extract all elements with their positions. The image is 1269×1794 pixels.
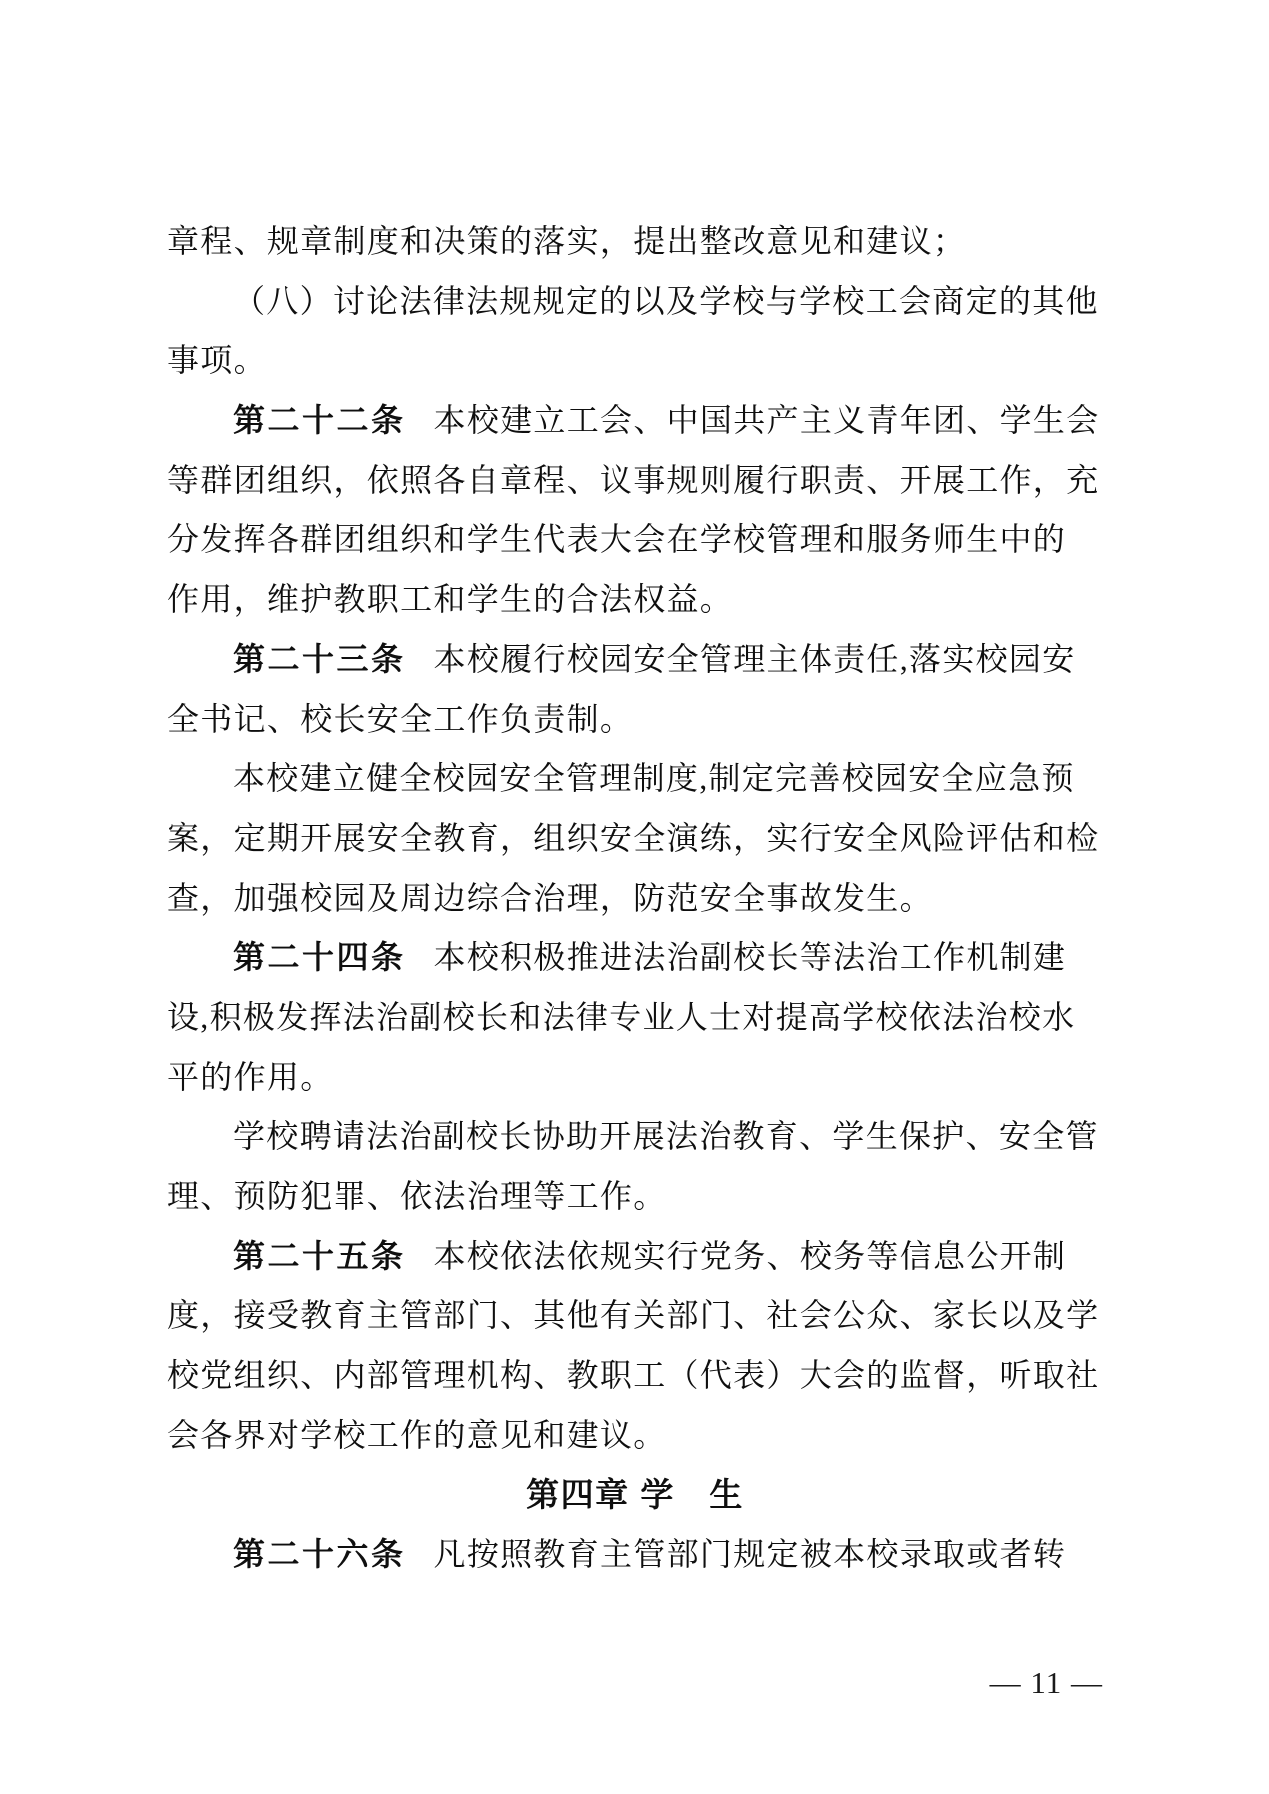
text-line: （八）讨论法律法规规定的以及学校与学校工会商定的其他 — [167, 272, 1103, 332]
page-number: — 11 — — [167, 1662, 1103, 1704]
text-line: 校党组织、内部管理机构、教职工（代表）大会的监督，听取社 — [167, 1346, 1103, 1406]
article-number: 第二十三条 — [233, 641, 406, 677]
text-line: 理、预防犯罪、依法治理等工作。 — [167, 1167, 1103, 1227]
article-number: 第二十五条 — [233, 1238, 406, 1274]
chapter-heading: 第四章 学 生 — [167, 1465, 1103, 1525]
article-number: 第二十六条 — [233, 1536, 406, 1572]
text-line: 等群团组织，依照各自章程、议事规则履行职责、开展工作，充 — [167, 451, 1103, 511]
article-line: 第二十六条凡按照教育主管部门规定被本校录取或者转 — [167, 1525, 1103, 1585]
document-body: 章程、规章制度和决策的落实，提出整改意见和建议；（八）讨论法律法规规定的以及学校… — [167, 212, 1103, 1585]
text-line: 分发挥各群团组织和学生代表大会在学校管理和服务师生中的 — [167, 510, 1103, 570]
text-line: 案，定期开展安全教育，组织安全演练，实行安全风险评估和检 — [167, 809, 1103, 869]
text-line: 设,积极发挥法治副校长和法律专业人士对提高学校依法治校水 — [167, 988, 1103, 1048]
article-line: 第二十四条本校积极推进法治副校长等法治工作机制建 — [167, 928, 1103, 988]
article-line: 第二十五条本校依法依规实行党务、校务等信息公开制 — [167, 1227, 1103, 1287]
article-text: 凡按照教育主管部门规定被本校录取或者转 — [434, 1536, 1067, 1572]
text-line: 平的作用。 — [167, 1048, 1103, 1108]
text-line: 全书记、校长安全工作负责制。 — [167, 690, 1103, 750]
text-line: 查，加强校园及周边综合治理，防范安全事故发生。 — [167, 869, 1103, 929]
article-line: 第二十三条本校履行校园安全管理主体责任,落实校园安 — [167, 630, 1103, 690]
text-line: 作用，维护教职工和学生的合法权益。 — [167, 570, 1103, 630]
article-text: 本校履行校园安全管理主体责任,落实校园安 — [434, 641, 1076, 677]
article-text: 本校积极推进法治副校长等法治工作机制建 — [434, 939, 1067, 975]
article-text: 本校建立工会、中国共产主义青年团、学生会 — [434, 402, 1100, 438]
text-line: 会各界对学校工作的意见和建议。 — [167, 1406, 1103, 1466]
text-line: 事项。 — [167, 331, 1103, 391]
article-number: 第二十二条 — [233, 402, 406, 438]
text-line: 本校建立健全校园安全管理制度,制定完善校园安全应急预 — [167, 749, 1103, 809]
text-line: 章程、规章制度和决策的落实，提出整改意见和建议； — [167, 212, 1103, 272]
text-line: 学校聘请法治副校长协助开展法治教育、学生保护、安全管 — [167, 1107, 1103, 1167]
article-number: 第二十四条 — [233, 939, 406, 975]
document-page: 章程、规章制度和决策的落实，提出整改意见和建议；（八）讨论法律法规规定的以及学校… — [0, 0, 1269, 1794]
article-line: 第二十二条本校建立工会、中国共产主义青年团、学生会 — [167, 391, 1103, 451]
article-text: 本校依法依规实行党务、校务等信息公开制 — [434, 1238, 1067, 1274]
text-line: 度，接受教育主管部门、其他有关部门、社会公众、家长以及学 — [167, 1286, 1103, 1346]
